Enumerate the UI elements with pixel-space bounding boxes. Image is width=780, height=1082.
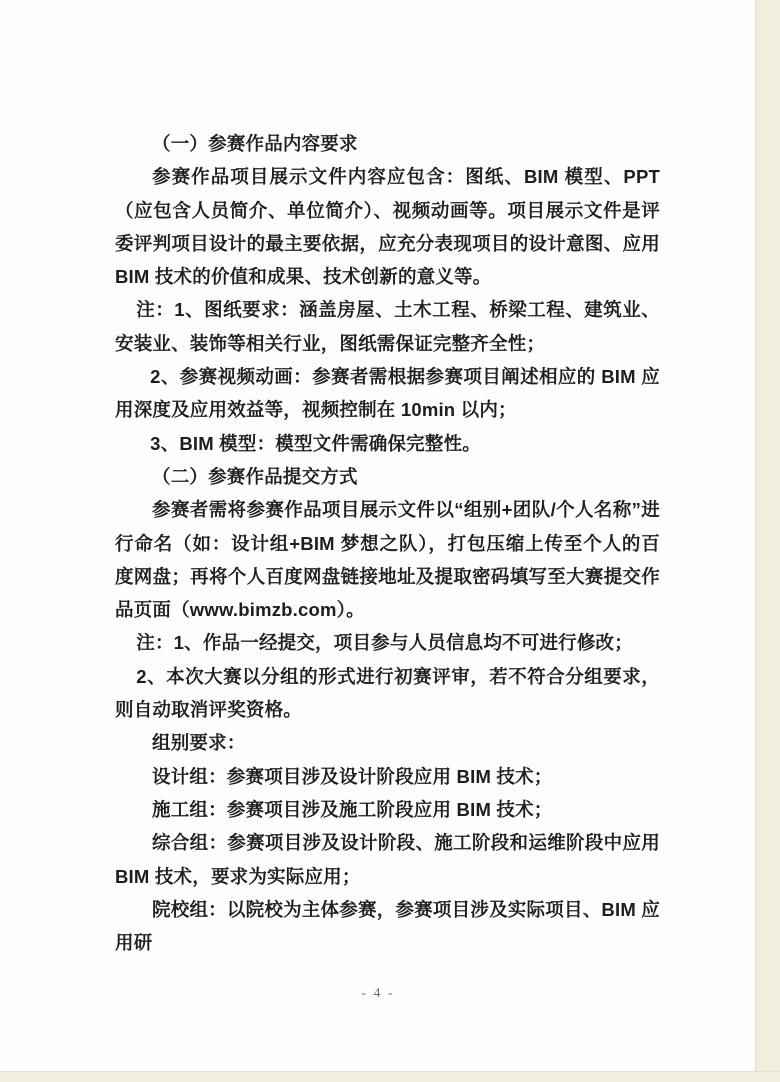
note-item: 3、BIM 模型：模型文件需确保完整性。 — [115, 427, 660, 460]
note-paragraph: 注：1、图纸要求：涵盖房屋、土木工程、桥梁工程、建筑业、安装业、装饰等相关行业，… — [115, 293, 660, 360]
document-body: （一）参赛作品内容要求 参赛作品项目展示文件内容应包含：图纸、BIM 模型、PP… — [115, 127, 660, 959]
note-item: 2、本次大赛以分组的形式进行初赛评审，若不符合分组要求，则自动取消评奖资格。 — [115, 660, 660, 727]
paragraph: 施工组：参赛项目涉及施工阶段应用 BIM 技术； — [115, 793, 660, 826]
paragraph: 设计组：参赛项目涉及设计阶段应用 BIM 技术； — [115, 760, 660, 793]
scan-edge-bottom — [0, 1071, 780, 1082]
paragraph: 参赛作品项目展示文件内容应包含：图纸、BIM 模型、PPT（应包含人员简介、单位… — [115, 160, 660, 293]
paragraph: 院校组：以院校为主体参赛，参赛项目涉及实际项目、BIM 应用研 — [115, 893, 660, 960]
note-paragraph: 注：1、作品一经提交，项目参与人员信息均不可进行修改； — [115, 626, 660, 659]
note-item: 2、参赛视频动画：参赛者需根据参赛项目阐述相应的 BIM 应用深度及应用效益等，… — [115, 360, 660, 427]
section-heading: （一）参赛作品内容要求 — [115, 127, 660, 160]
paragraph: 组别要求： — [115, 726, 660, 759]
section-heading: （二）参赛作品提交方式 — [115, 460, 660, 493]
document-page: （一）参赛作品内容要求 参赛作品项目展示文件内容应包含：图纸、BIM 模型、PP… — [0, 0, 780, 1082]
page-number: - 4 - — [0, 986, 756, 1002]
scan-edge-right — [755, 0, 780, 1082]
paragraph: 参赛者需将参赛作品项目展示文件以“组别+团队/个人名称”进行命名（如：设计组+B… — [115, 493, 660, 626]
paragraph: 综合组：参赛项目涉及设计阶段、施工阶段和运维阶段中应用 BIM 技术，要求为实际… — [115, 826, 660, 893]
